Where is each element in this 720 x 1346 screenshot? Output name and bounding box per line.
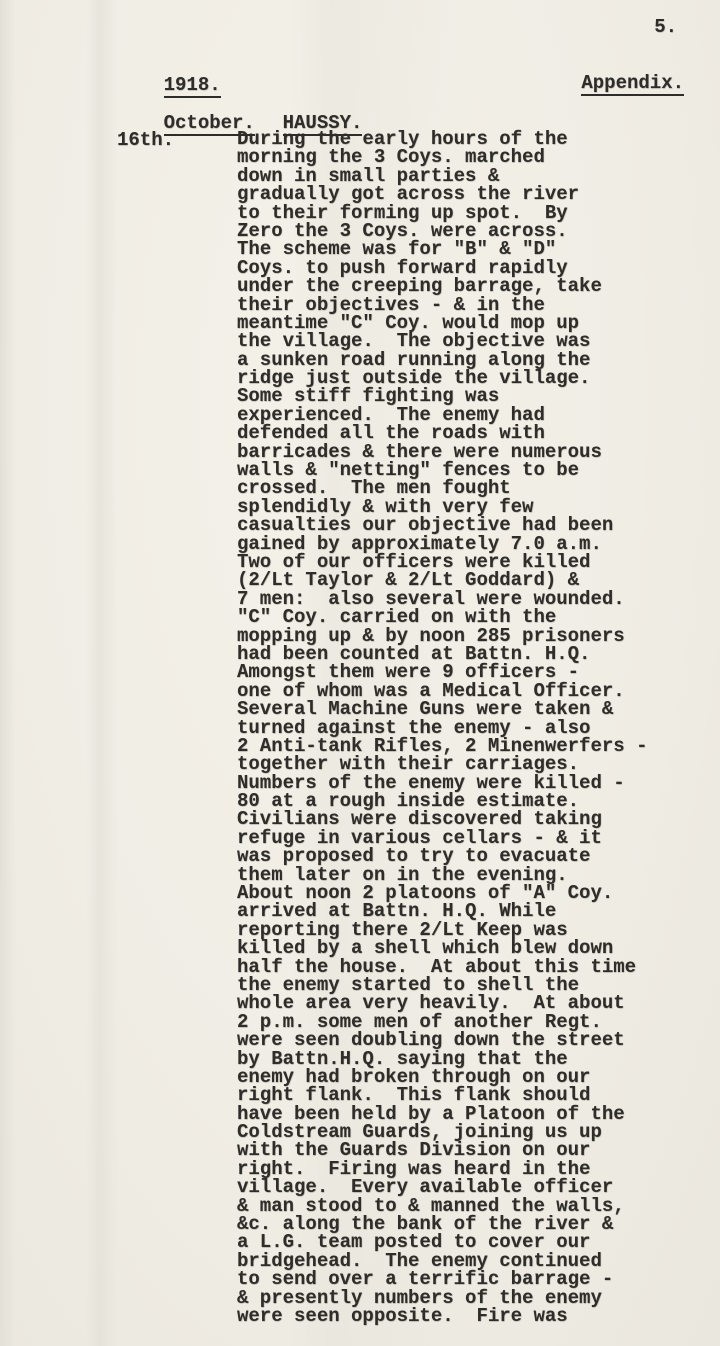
text-line: casualties our objective had been <box>237 516 677 534</box>
document-page: 5. 1918. Appendix. October. HAUSSY. 16th… <box>0 0 720 1346</box>
text-line: Amongst them were 9 officers - <box>237 663 677 681</box>
entry-body: During the early hours of themorning the… <box>237 130 677 1325</box>
text-line: the village. The objective was <box>237 332 677 350</box>
text-line: to send over a terrific barrage - <box>237 1270 677 1288</box>
text-line: under the creeping barrage, take <box>237 277 677 295</box>
entry-date: 16th. <box>117 131 174 149</box>
text-line: whole area very heavily. At about <box>237 994 677 1012</box>
text-line: were seen opposite. Fire was <box>237 1307 677 1325</box>
text-line: Several Machine Guns were taken & <box>237 700 677 718</box>
text-line: defended all the roads with <box>237 424 677 442</box>
appendix-heading-text: Appendix. <box>581 74 684 95</box>
appendix-heading: Appendix. <box>536 56 684 114</box>
year-heading-text: 1918. <box>164 76 221 97</box>
text-line: The scheme was for "B" & "D" <box>237 240 677 258</box>
text-line: "C" Coy. carried on with the <box>237 608 677 626</box>
text-line: was proposed to try to evacuate <box>237 847 677 865</box>
text-line: gradually got across the river <box>237 185 677 203</box>
text-line: right flank. This flank should <box>237 1086 677 1104</box>
text-line: together with their carriages. <box>237 755 677 773</box>
page-number: 5. <box>654 18 677 36</box>
text-line: killed by a shell which blew down <box>237 939 677 957</box>
text-line: (2/Lt Taylor & 2/Lt Goddard) & <box>237 571 677 589</box>
text-line: were seen doubling down the street <box>237 1031 677 1049</box>
text-line: village. Every available officer <box>237 1178 677 1196</box>
